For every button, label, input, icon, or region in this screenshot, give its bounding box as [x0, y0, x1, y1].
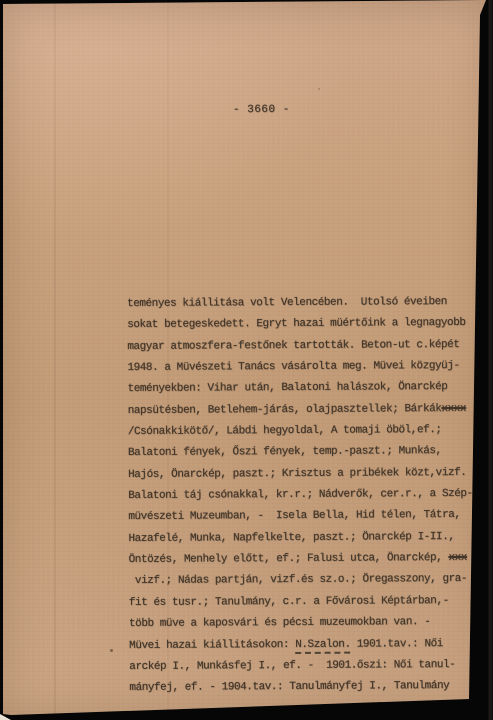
- scanner-edge-strip: [487, 0, 493, 720]
- body-text: teményes kiállitása volt Velencében. Uto…: [127, 292, 481, 700]
- text-segment: /Csónakkikötő/, Lábdi hegyoldal, A tomaj…: [128, 424, 442, 438]
- text-segment: Hazafelé, Munka, Napfelkelte, paszt.; Ön…: [128, 531, 454, 545]
- text-segment: teményekben: Vihar után, Balatoni halász…: [128, 381, 448, 395]
- text-segment: arckép I., Munkásfej I., ef. - 1901.őszi…: [129, 659, 455, 673]
- text-segment: Öntözés, Menhely előtt, ef.; Falusi utca…: [129, 552, 449, 566]
- dash-underlined-text: N.Szalon.: [295, 638, 350, 653]
- ink-speck: [110, 649, 113, 652]
- text-line: Öntözés, Menhely előtt, ef.; Falusi utca…: [129, 548, 481, 571]
- page-number: - 3660 -: [233, 104, 290, 116]
- text-segment: Müvei hazai kiállitásokon:: [129, 638, 295, 651]
- text-line: magyar atmoszfera-festőnek tartották. Be…: [127, 335, 479, 358]
- ink-speck: [318, 88, 320, 90]
- text-line: vizf.; Nádas partján, vizf.és sz.o.; Öre…: [129, 569, 481, 592]
- text-line: mányfej, ef. - 1904.tav.: Tanulmányfej I…: [129, 676, 481, 699]
- text-segment: Hajós, Önarckép, paszt.; Krisztus a prib…: [128, 467, 466, 481]
- text-segment: 1901.tav.: Női: [351, 638, 443, 651]
- text-segment: Balatoni fények, Őszi fények, temp.-pasz…: [128, 445, 442, 459]
- text-line: Hajós, Önarckép, paszt.; Krisztus a prib…: [128, 463, 480, 486]
- text-line: teményes kiállitása volt Velencében. Uto…: [127, 292, 479, 315]
- text-line: Balatoni fények, Őszi fények, temp.-pasz…: [128, 441, 480, 464]
- text-segment: sokat betegeskedett. Egryt hazai müértői…: [127, 317, 465, 331]
- text-segment: mányfej, ef. - 1904.tav.: Tanulmányfej I…: [129, 680, 449, 694]
- text-segment: vizf.; Nádas partján, vizf.és sz.o.; Öre…: [129, 573, 467, 587]
- text-segment: magyar atmoszfera-festőnek tartották. Be…: [127, 339, 459, 353]
- text-segment: napsütésben, Betlehem-járás, olajpasztel…: [128, 403, 442, 417]
- text-line: Balatoni táj csónakkal, kr.r.; Nádverők,…: [128, 484, 480, 507]
- text-line: több müve a kaposvári és pécsi muzeumokb…: [129, 612, 481, 635]
- struck-text: xxxx: [441, 403, 466, 415]
- text-line: sokat betegeskedett. Egryt hazai müértői…: [127, 313, 479, 336]
- text-segment: teményes kiállitása volt Velencében. Uto…: [127, 296, 447, 310]
- text-line: 1948. a Müvészeti Tanács vásárolta meg. …: [127, 356, 479, 379]
- text-segment: fit és tusr.; Tanulmány, c.r. a Fővárosi…: [129, 595, 449, 609]
- text-line: teményekben: Vihar után, Balatoni halász…: [128, 377, 480, 400]
- text-line: Müvei hazai kiállitásokon: N.Szalon. 190…: [129, 633, 481, 656]
- text-segment: 1948. a Müvészeti Tanács vásárolta meg. …: [127, 360, 459, 374]
- text-segment: Balatoni táj csónakkal, kr.r.; Nádverők,…: [128, 488, 473, 502]
- text-segment: müvészeti Muzeumban, - Isela Bella, Hid …: [128, 509, 460, 523]
- text-line: fit és tusr.; Tanulmány, c.r. a Fővárosi…: [129, 591, 481, 614]
- text-segment: több müve a kaposvári és pécsi muzeumokb…: [129, 616, 430, 630]
- document-page: - 3660 - teményes kiállitása volt Velenc…: [0, 0, 493, 720]
- struck-text: xxx: [448, 552, 467, 564]
- text-line: arckép I., Munkásfej I., ef. - 1901.őszi…: [129, 655, 481, 678]
- text-line: napsütésben, Betlehem-járás, olajpasztel…: [128, 399, 480, 422]
- text-line: müvészeti Muzeumban, - Isela Bella, Hid …: [128, 505, 480, 528]
- text-line: Hazafelé, Munka, Napfelkelte, paszt.; Ön…: [128, 527, 480, 550]
- text-line: /Csónakkikötő/, Lábdi hegyoldal, A tomaj…: [128, 420, 480, 443]
